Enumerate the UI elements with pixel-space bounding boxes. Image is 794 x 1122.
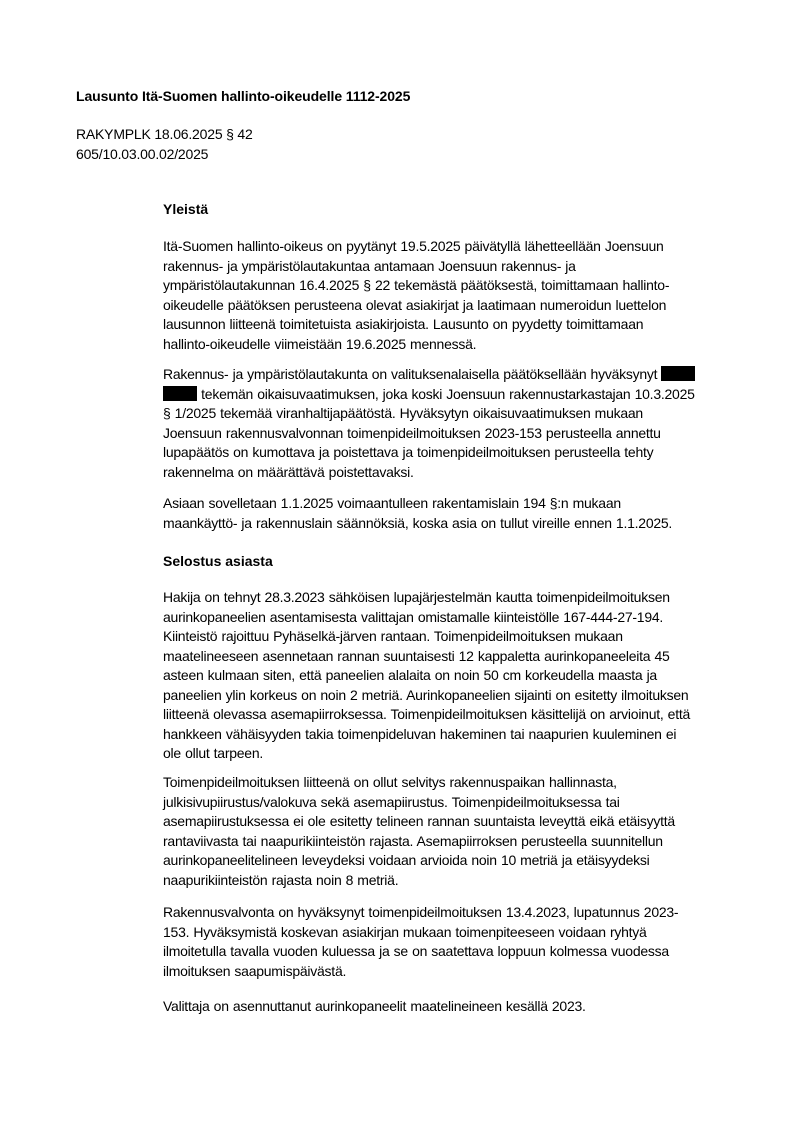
text-line: rakennus- ja ympäristölautakuntaa antama… <box>163 257 753 277</box>
text-line: ilmoituksen saapumispäivästä. <box>163 962 753 982</box>
text-line: Kiinteistö rajoittuu Pyhäselkä-järven ra… <box>163 627 753 647</box>
text-line: hankkeen vähäisyyden takia toimenpideluv… <box>163 725 753 745</box>
text-line: ilmoitetulla tavalla vuoden kuluessa ja … <box>163 942 753 962</box>
text-line: Toimenpideilmoituksen liitteenä on ollut… <box>163 773 753 793</box>
paragraph-application: Hakija on tehnyt 28.3.2023 sähköisen lup… <box>163 588 753 764</box>
paragraph-installation: Valittaja on asennuttanut aurinkopaneeli… <box>163 997 753 1017</box>
paragraph-attachments: Toimenpideilmoituksen liitteenä on ollut… <box>163 773 753 890</box>
redaction-block <box>661 366 695 381</box>
text-line: asemapiirustuksessa ei ole esitetty teli… <box>163 812 753 832</box>
text-line: lausunnon liitteenä toimitetuista asiaki… <box>163 315 753 335</box>
paragraph-approval: Rakennusvalvonta on hyväksynyt toimenpid… <box>163 903 753 981</box>
text-line: Itä-Suomen hallinto-oikeus on pyytänyt 1… <box>163 237 753 257</box>
text-line: julkisivupiirustus/valokuva sekä asemapi… <box>163 793 753 813</box>
text-line: maankäyttö- ja rakennuslain säännöksiä, … <box>163 514 753 534</box>
text-segment: Rakennus- ja ympäristölautakunta on vali… <box>163 366 661 382</box>
section-heading-yleista: Yleistä <box>163 201 208 217</box>
text-line: tekemän oikaisuvaatimuksen, joka koski J… <box>163 385 753 405</box>
meeting-reference: RAKYMPLK 18.06.2025 § 42 <box>76 126 253 142</box>
document-page: Lausunto Itä-Suomen hallinto-oikeudelle … <box>0 0 794 1122</box>
text-line: ympäristölautakunnan 16.4.2025 § 22 teke… <box>163 276 753 296</box>
document-title: Lausunto Itä-Suomen hallinto-oikeudelle … <box>76 88 410 104</box>
text-line: 153. Hyväksymistä koskevan asiakirjan mu… <box>163 923 753 943</box>
text-line: naapurikiinteistön rajasta noin 8 metriä… <box>163 871 753 891</box>
text-line: liitteenä olevassa asemapiirroksessa. To… <box>163 705 753 725</box>
text-line: Asiaan sovelletaan 1.1.2025 voimaantulle… <box>163 494 753 514</box>
text-line: Rakennus- ja ympäristölautakunta on vali… <box>163 365 753 385</box>
text-line: paneelien ylin korkeus on noin 2 metriä.… <box>163 686 753 706</box>
text-line: rakennelma on määrättävä poistettavaksi. <box>163 463 753 483</box>
text-line: asteen kulmaan siten, että paneelien ala… <box>163 666 753 686</box>
text-line: ole ollut tarpeen. <box>163 744 753 764</box>
case-number: 605/10.03.00.02/2025 <box>76 146 208 162</box>
redaction-block <box>163 386 197 401</box>
text-segment: tekemän oikaisuvaatimuksen, joka koski J… <box>197 386 695 402</box>
text-line: Rakennusvalvonta on hyväksynyt toimenpid… <box>163 903 753 923</box>
text-line: aurinkopaneelien asentamisesta valittaja… <box>163 608 753 628</box>
section-heading-selostus: Selostus asiasta <box>163 553 273 569</box>
text-line: rantaviivasta tai naapurikiinteistön raj… <box>163 832 753 852</box>
text-line: Joensuun rakennusvalvonnan toimenpideilm… <box>163 424 753 444</box>
text-line: Valittaja on asennuttanut aurinkopaneeli… <box>163 997 753 1017</box>
text-line: § 1/2025 tekemää viranhaltijapäätöstä. H… <box>163 404 753 424</box>
text-line: oikeudelle päätöksen perusteena olevat a… <box>163 296 753 316</box>
text-line: Hakija on tehnyt 28.3.2023 sähköisen lup… <box>163 588 753 608</box>
paragraph-applicable-law: Asiaan sovelletaan 1.1.2025 voimaantulle… <box>163 494 753 533</box>
text-line: aurinkopaneelitelineen leveydeksi voidaa… <box>163 851 753 871</box>
paragraph-decision: Rakennus- ja ympäristölautakunta on vali… <box>163 365 753 482</box>
text-line: lupapäätös on kumottava ja poistettava j… <box>163 443 753 463</box>
text-line: maatelineeseen asennetaan rannan suuntai… <box>163 647 753 667</box>
paragraph-request: Itä-Suomen hallinto-oikeus on pyytänyt 1… <box>163 237 753 354</box>
text-line: hallinto-oikeudelle viimeistään 19.6.202… <box>163 335 753 355</box>
